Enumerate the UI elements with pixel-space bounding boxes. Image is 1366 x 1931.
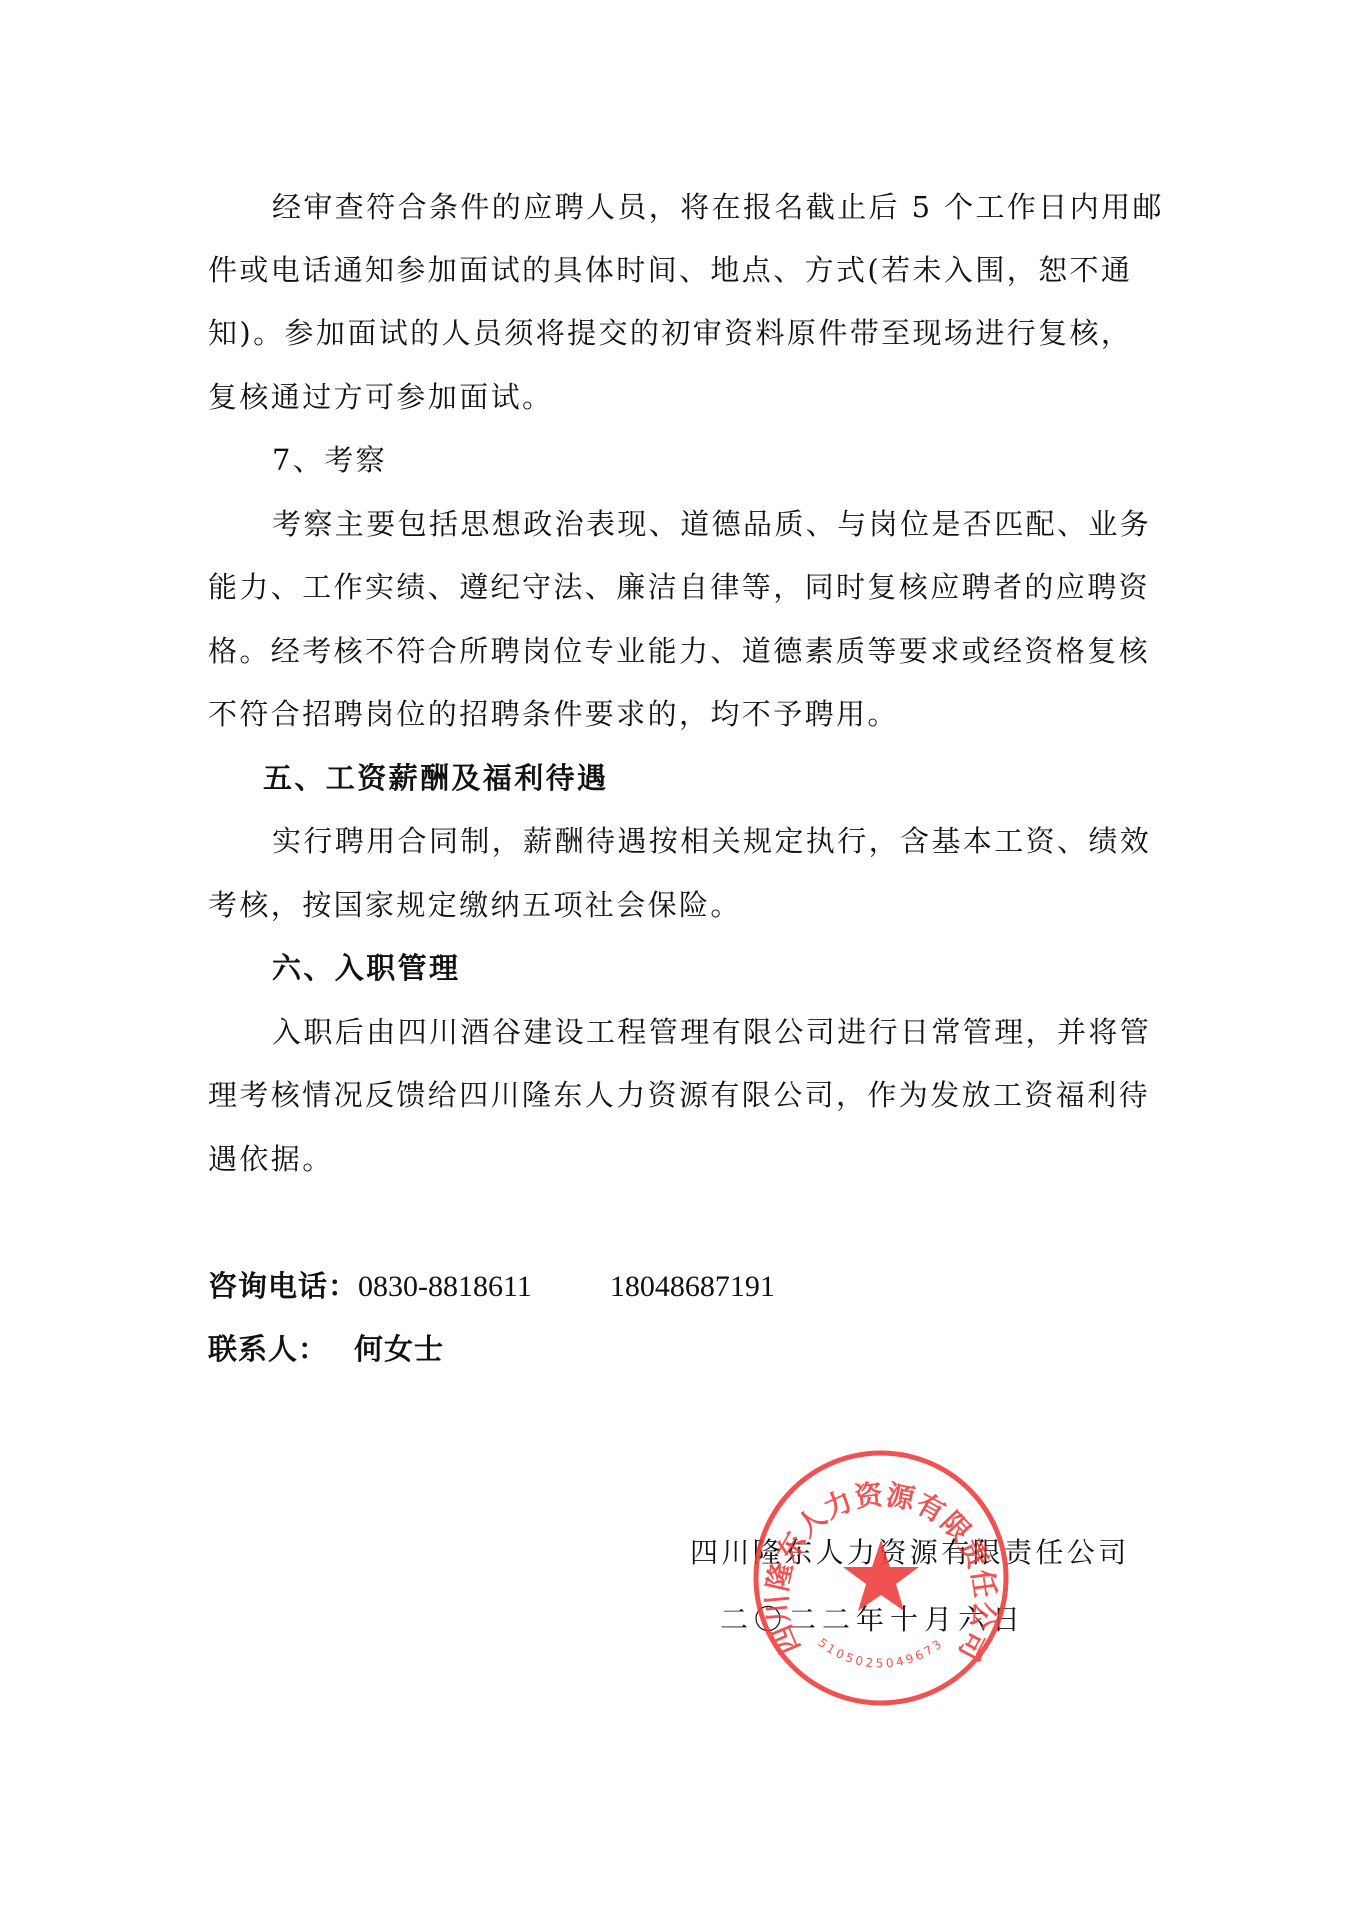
section-heading: 五、工资薪酬及福利待遇 [263,758,1215,798]
contact-person-name: 何女士 [354,1332,444,1366]
phone-number-2: 18048687191 [610,1270,775,1303]
paragraph-line: 复核通过方可参加面试。 [208,377,1160,417]
official-seal-icon: 四川隆东人力资源有限责任公司 5105025049673 [751,1448,1011,1708]
paragraph-line: 经审查符合条件的应聘人员，将在报名截止后 5 个工作日内用邮 [272,187,1160,227]
phone-label: 咨询电话： [208,1269,358,1303]
paragraph-line: 遇依据。 [208,1139,1160,1179]
paragraph-line: 不符合招聘岗位的招聘条件要求的，均不予聘用。 [208,694,1160,734]
paragraph-line: 格。经考核不符合所聘岗位专业能力、道德素质等要求或经资格复核 [208,631,1160,671]
subsection-heading: 7、考察 [272,440,1160,480]
svg-text:5105025049673: 5105025049673 [815,1635,946,1670]
paragraph-line: 理考核情况反馈给四川隆东人力资源有限公司，作为发放工资福利待 [208,1075,1160,1115]
paragraph-line: 能力、工作实绩、遵纪守法、廉洁自律等，同时复核应聘者的应聘资 [208,567,1160,607]
paragraph-line: 考核，按国家规定缴纳五项社会保险。 [208,885,1160,925]
document-page: 经审查符合条件的应聘人员，将在报名截止后 5 个工作日内用邮 件或电话通知参加面… [0,0,1366,1931]
contact-person-label: 联系人： [208,1332,328,1366]
paragraph-line: 入职后由四川酒谷建设工程管理有限公司进行日常管理，并将管 [272,1012,1160,1052]
paragraph-line: 知)。参加面试的人员须将提交的初审资料原件带至现场进行复核， [208,313,1160,353]
contact-phone-row: 咨询电话：0830-881861118048687191 [208,1266,1160,1306]
paragraph-line: 实行聘用合同制，薪酬待遇按相关规定执行，含基本工资、绩效 [272,821,1160,861]
seal-code: 5105025049673 [815,1635,946,1670]
paragraph-line: 考察主要包括思想政治表现、道德品质、与岗位是否匹配、业务 [272,504,1160,544]
phone-number-1: 0830-8818611 [358,1270,532,1303]
section-heading: 六、入职管理 [272,948,1224,988]
contact-person-row: 联系人：何女士 [208,1329,1160,1369]
signature-date: 二〇二二年十月六日 [720,1600,1026,1640]
signature-company: 四川隆东人力资源有限责任公司 [690,1533,1130,1573]
paragraph-line: 件或电话通知参加面试的具体时间、地点、方式(若未入围，恕不通 [208,250,1160,290]
